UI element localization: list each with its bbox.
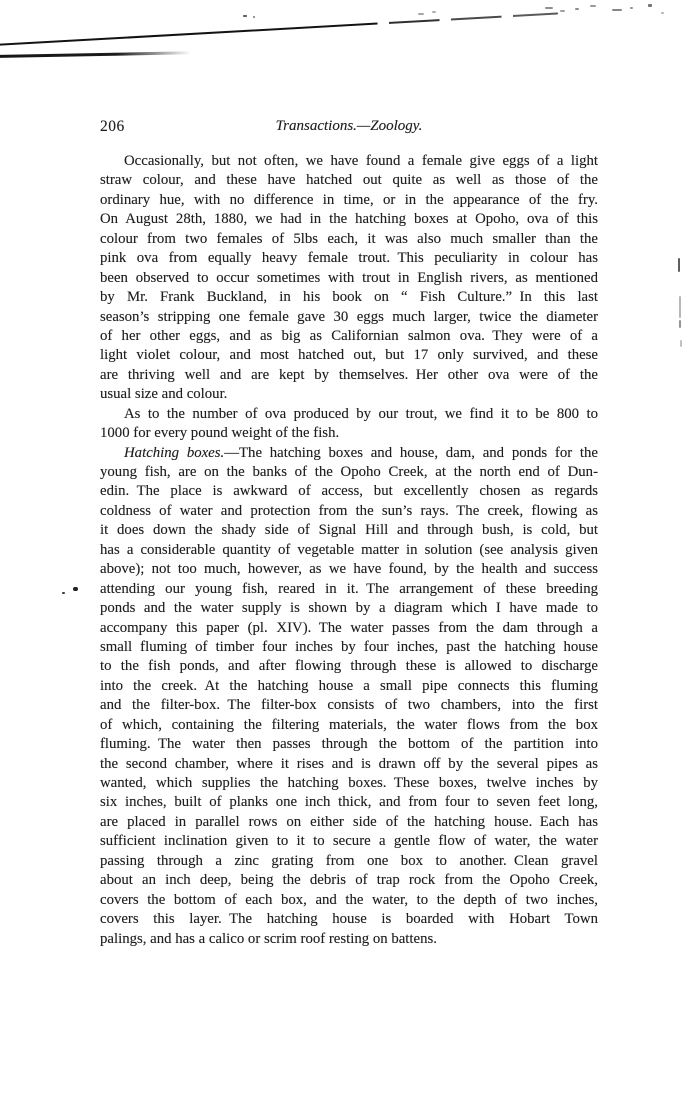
text-line: it does down the shady side of Signal Hi… (100, 521, 598, 540)
paragraph: Hatching boxes.—The hatching boxes and h… (100, 444, 598, 949)
scan-speck (590, 5, 596, 7)
scan-artifact-top-line-2 (0, 51, 191, 58)
running-header: Transactions.—Zoology. (100, 118, 598, 135)
scan-speck (418, 13, 424, 15)
text-line: passing through a zinc grating from one … (100, 852, 598, 871)
scan-speck (575, 8, 579, 10)
body-text: Occasionally, but not often, we have fou… (100, 152, 598, 949)
scan-speck (648, 4, 652, 7)
text-line: covers the bottom of each box, and the w… (100, 891, 598, 910)
text-line: are thriving well and are kept by themse… (100, 366, 598, 385)
text-line: about an inch deep, being the debris of … (100, 871, 598, 890)
text-line: straw colour, and these have hatched out… (100, 171, 598, 190)
text-line: been observed to occur sometimes with tr… (100, 269, 598, 288)
text-line: ponds and the water supply is shown by a… (100, 599, 598, 618)
text-line: accompany this paper (pl. XIV). The wate… (100, 619, 598, 638)
text-line: attending our young fish, reared in it. … (100, 580, 598, 599)
scan-artifact-right-edge (679, 320, 681, 328)
scan-speck (630, 7, 633, 9)
text-line: Occasionally, but not often, we have fou… (100, 152, 598, 171)
scan-speck (243, 15, 247, 17)
paragraph: As to the number of ova produced by our … (100, 405, 598, 444)
text-line: pink ova from equally heavy female trout… (100, 249, 598, 268)
text-line: season’s stripping one female gave 30 eg… (100, 308, 598, 327)
scan-speck (612, 9, 622, 11)
text-line: colour from two females of 5lbs each, it… (100, 230, 598, 249)
text-line: by Mr. Frank Buckland, in his book on “ … (100, 288, 598, 307)
text-line: are placed in parallel rows on either si… (100, 813, 598, 832)
text-line: covers this layer. The hatching house is… (100, 910, 598, 929)
text-line: usual size and colour. (100, 385, 598, 404)
text-line: of her other eggs, and as big as Califor… (100, 327, 598, 346)
text-line: above); not too much, however, as we hav… (100, 560, 598, 579)
text-line: into the creek. At the hatching house a … (100, 677, 598, 696)
text-line: Hatching boxes.—The hatching boxes and h… (100, 444, 598, 463)
scan-artifact-right-edge (678, 258, 680, 272)
scan-speck (560, 10, 565, 12)
paragraph: Occasionally, but not often, we have fou… (100, 152, 598, 405)
scan-artifact-margin-mark (73, 587, 78, 591)
scan-speck (432, 11, 436, 13)
text-line: fluming. The water then passes through t… (100, 735, 598, 754)
scan-speck (253, 16, 255, 18)
text-line: On August 28th, 1880, we had in the hatc… (100, 210, 598, 229)
text-line: light violet colour, and most hatched ou… (100, 346, 598, 365)
text-line: edin. The place is awkward of access, bu… (100, 482, 598, 501)
text-line: small fluming of timber four inches by f… (100, 638, 598, 657)
text-line: ordinary hue, with no difference in time… (100, 191, 598, 210)
text-line: wanted, which supplies the hatching boxe… (100, 774, 598, 793)
scan-artifact-right-edge (680, 340, 682, 347)
scanned-page: { "page": { "number": "206", "running_he… (0, 0, 685, 1100)
text-line: coldness of water and protection from th… (100, 502, 598, 521)
text-line: palings, and has a calico or scrim roof … (100, 930, 598, 949)
text-line: of which, containing the filtering mater… (100, 716, 598, 735)
text-line: sufficient inclination given to it to se… (100, 832, 598, 851)
text-line: and the filter-box. The filter-box consi… (100, 696, 598, 715)
scan-speck (545, 7, 553, 9)
text-block: 206 Transactions.—Zoology. Occasionally,… (100, 118, 598, 949)
text-line: young fish, are on the banks of the Opoh… (100, 463, 598, 482)
scan-artifact-margin-mark (62, 592, 65, 594)
text-line: to the fish ponds, and after flowing thr… (100, 657, 598, 676)
scan-artifact-top-line (0, 12, 558, 46)
text-line: six inches, built of planks one inch thi… (100, 793, 598, 812)
text-line: the second chamber, where it rises and i… (100, 755, 598, 774)
text-line: 1000 for every pound weight of the fish. (100, 424, 598, 443)
page-header: 206 Transactions.—Zoology. (100, 118, 598, 138)
scan-artifact-right-edge (679, 296, 681, 318)
text-line: has a considerable quantity of vegetable… (100, 541, 598, 560)
scan-speck (661, 12, 664, 14)
text-line: As to the number of ova produced by our … (100, 405, 598, 424)
page-number: 206 (100, 118, 125, 136)
